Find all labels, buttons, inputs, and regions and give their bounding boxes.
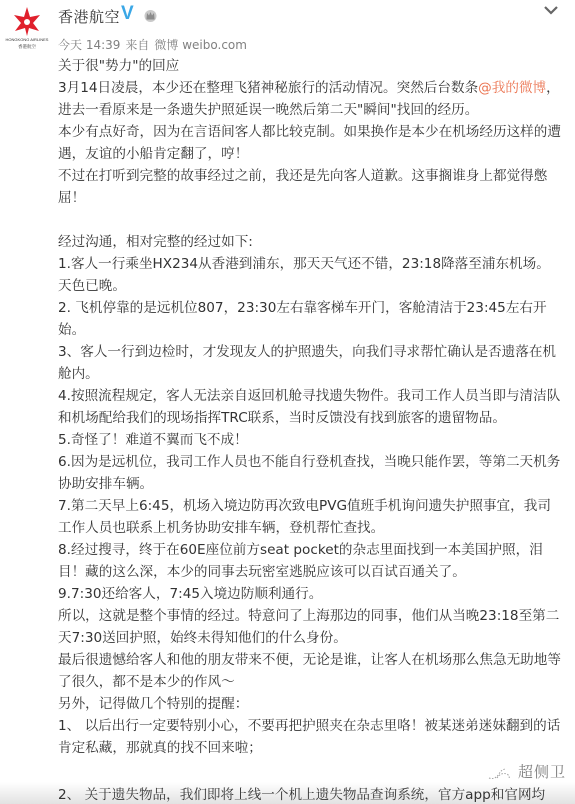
verified-badge-icon: V — [121, 3, 134, 25]
paragraph: 最后很遗憾给客人和他的朋友带来不便，无论是谁，让客人在机场那么焦急无助地等了很久… — [58, 649, 563, 693]
source-prefix: 来自 — [125, 38, 149, 52]
mention-link[interactable]: @我的微博 — [478, 80, 546, 96]
svg-text:HONGKONG AIRLINES: HONGKONG AIRLINES — [6, 37, 49, 42]
list-item: 2. 飞机停靠的是远机位807，23:30左右靠客梯车开门，客舱清洁于23:45… — [58, 297, 563, 341]
avatar[interactable]: HONGKONG AIRLINES 香港航空 — [2, 4, 52, 52]
list-item: 8.经过搜寻，终于在60E座位前方seat pocket的杂志里面找到一本美国护… — [58, 539, 563, 583]
chevron-down-icon[interactable] — [543, 4, 559, 16]
list-item: 3、客人一行到边检时，才发现友人的护照遗失，向我们寻求帮忙确认是否遗落在机舱内。 — [58, 341, 563, 385]
list-item: 5.奇怪了！难道不翼而飞不成！ — [58, 429, 563, 451]
post-header: HONGKONG AIRLINES 香港航空 香港航空 V 今天 14:39来自… — [0, 0, 575, 56]
paragraph: 本少有点好奇，因为在言语间客人都比较克制。如果换作是本少在机场经历这样的遭遇，友… — [58, 121, 563, 165]
list-item: 9.7:30还给客人，7:45入境边防顺利通行。 — [58, 583, 563, 605]
post-body: 关于很"势力"的回应 3月14日凌晨，本少还在整理飞猪神秘旅行的活动情况。突然后… — [58, 55, 563, 759]
svg-text:香港航空: 香港航空 — [18, 43, 36, 50]
paragraph-text: 3月14日凌晨，本少还在整理飞猪神秘旅行的活动情况。突然后台数条 — [58, 80, 478, 96]
hong-kong-airlines-logo-icon: HONGKONG AIRLINES 香港航空 — [2, 4, 52, 52]
post-meta: 今天 14:39来自微博 weibo.com — [58, 36, 252, 53]
spacer — [58, 209, 563, 231]
paragraph: 经过沟通，相对完整的经过如下: — [58, 231, 563, 253]
list-item: 4.按照流程规定，客人无法亲自返回机舱寻找遗失物件。我司工作人员当即与清洁队和机… — [58, 385, 563, 429]
post-title: 关于很"势力"的回应 — [58, 55, 563, 77]
watermark-text: 超侧卫 — [518, 761, 566, 782]
paragraph: 不过在打听到完整的故事经过之前，我还是先向客人道歉。这事搁谁身上都觉得憋屈！ — [58, 165, 563, 209]
crown-icon[interactable] — [143, 9, 158, 22]
list-item: 1.客人一行乘坐HX234从香港到浦东，那天天气还不错，23:18降落至浦东机场… — [58, 253, 563, 297]
account-name[interactable]: 香港航空 — [58, 6, 120, 27]
tip-item: 1、 以后出行一定要特别小心，不要再把护照夹在杂志里咯！被某迷弟迷妹翻到的话肯定… — [58, 715, 563, 759]
post-timestamp[interactable]: 今天 14:39 — [58, 38, 120, 52]
tip-item-partial: 2、 关于遗失物品，我们即将上线一个机上遗失物品查询系统，官方app和官网均 — [58, 784, 545, 804]
list-item: 7.第二天早上6:45，机场入境边防再次致电PVG值班手机询问遗失护照事宜，我司… — [58, 495, 563, 539]
post-source[interactable]: 微博 weibo.com — [154, 38, 247, 52]
watermark-logo-icon — [487, 766, 513, 782]
list-item: 6.因为是远机位，我司工作人员也不能自行登机查找，当晚只能作罢，等第二天机务协助… — [58, 451, 563, 495]
paragraph: 3月14日凌晨，本少还在整理飞猪神秘旅行的活动情况。突然后台数条@我的微博，进去… — [58, 77, 563, 121]
paragraph: 另外，记得做几个特别的提醒： — [58, 693, 563, 715]
paragraph: 所以，这就是整个事情的经过。特意问了上海那边的同事，他们从当晚23:18至第二天… — [58, 605, 563, 649]
